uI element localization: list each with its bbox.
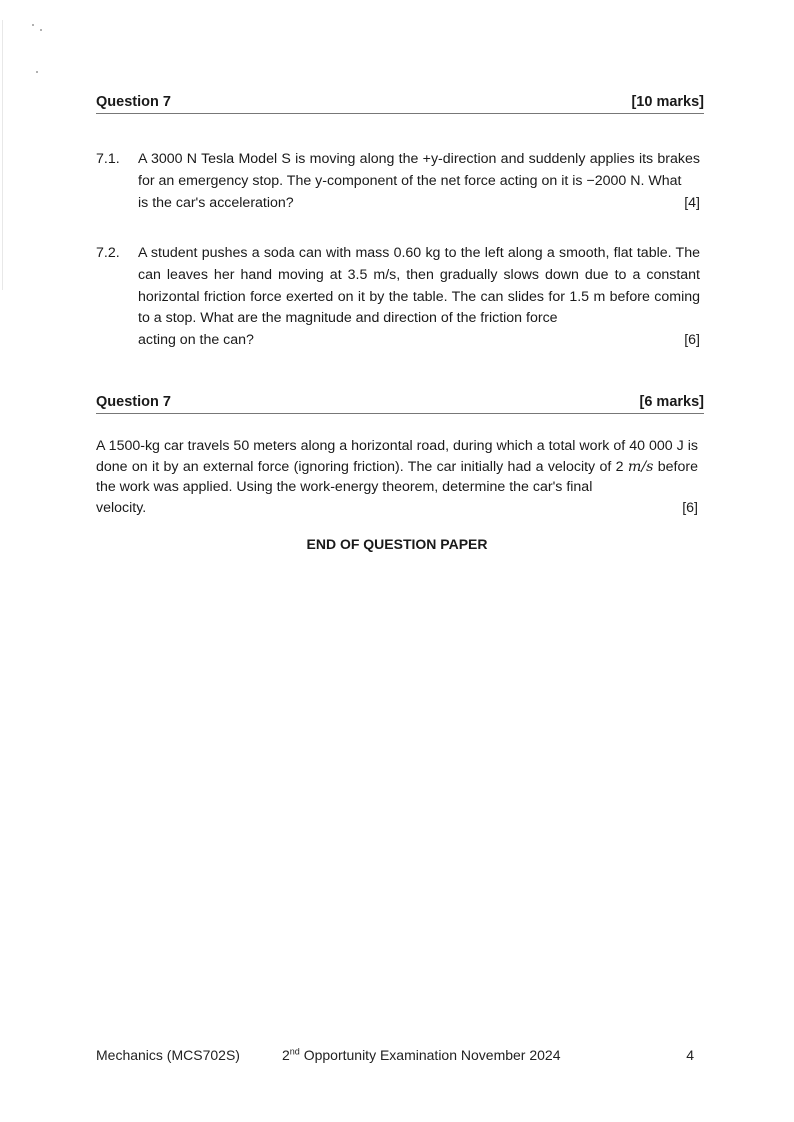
end-of-paper: END OF QUESTION PAPER xyxy=(0,536,794,552)
question-marks: [10 marks] xyxy=(631,94,704,110)
scan-speck xyxy=(32,24,34,26)
question-item: 7.2. A student pushes a soda can with ma… xyxy=(96,243,700,352)
item-text-last: acting on the can? xyxy=(138,330,254,352)
item-text: A 3000 N Tesla Model S is moving along t… xyxy=(138,149,700,193)
item-number: 7.2. xyxy=(96,243,120,265)
paragraph-text-last: velocity. xyxy=(96,498,146,519)
page-number: 4 xyxy=(686,1047,694,1063)
scan-speck xyxy=(36,71,38,73)
item-marks: [4] xyxy=(684,193,700,215)
paragraph-marks: [6] xyxy=(682,498,698,519)
item-text-last: is the car's acceleration? xyxy=(138,193,294,215)
item-text: A student pushes a soda can with mass 0.… xyxy=(138,243,700,330)
item-number: 7.1. xyxy=(96,149,120,171)
footer-exam: 2nd Opportunity Examination November 202… xyxy=(282,1047,561,1063)
question-header: Question 7 [6 marks] xyxy=(96,394,704,414)
exam-ordinal-suffix: nd xyxy=(290,1046,300,1056)
exam-title: Opportunity Examination November 2024 xyxy=(300,1047,561,1063)
scan-edge xyxy=(2,20,3,290)
question-marks: [6 marks] xyxy=(640,394,704,410)
math-units: m/s xyxy=(628,459,654,475)
exam-ordinal: 2 xyxy=(282,1047,290,1063)
question-paragraph: A 1500-kg car travels 50 meters along a … xyxy=(96,436,698,518)
scan-speck xyxy=(40,29,42,31)
question-title: Question 7 xyxy=(96,94,171,110)
item-marks: [6] xyxy=(684,330,700,352)
question-header: Question 7 [10 marks] xyxy=(96,94,704,114)
question-item: 7.1. A 3000 N Tesla Model S is moving al… xyxy=(96,149,700,214)
paragraph-text: A 1500-kg car travels 50 meters along a … xyxy=(96,438,698,475)
footer-course: Mechanics (MCS702S) xyxy=(96,1047,240,1063)
question-title: Question 7 xyxy=(96,394,171,410)
